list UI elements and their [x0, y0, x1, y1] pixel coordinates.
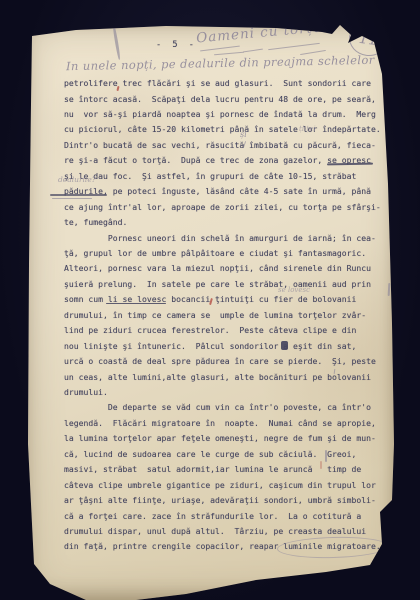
manuscript-paper-sheet: Oameni cu torțe 11 - 5 - In unele nopți,… — [26, 24, 400, 600]
typed-line: Dintr'o bucată de sac vechi, răsucită îm… — [64, 140, 376, 150]
handwritten-opening-sentence: In unele nopți, pe dealurile din preajma… — [66, 53, 375, 73]
typed-line: nou linişte şi întuneric. Pâlcul sondori… — [64, 341, 356, 351]
pencil-suggestion-dealurile: dealurile? — [58, 175, 96, 184]
pencil-oval-luminile-migratoare — [277, 535, 390, 559]
typed-line: De departe se văd cum vin ca într'o pove… — [64, 402, 371, 412]
strikethrough-padurile — [50, 194, 107, 195]
typed-line: drumului, în timp ce camera se umple de … — [64, 310, 366, 320]
typed-line: câteva clipe umbrele gigantice pe ziduri… — [64, 480, 376, 490]
pencil-stroke-before-greoi — [325, 450, 327, 462]
typed-line: ar ţâşni alte fiinţe, uriaşe, adevăraţii… — [64, 495, 376, 505]
overstrike-blot — [281, 341, 288, 350]
pencil-tick-under-circle — [385, 53, 393, 57]
typed-line: şuieră prelung. In satele pe care le str… — [64, 279, 371, 289]
underline-padurile — [52, 198, 92, 199]
typed-line: că a forţei care. zace în străfundurile … — [64, 511, 361, 521]
typed-line: urcă o coastă de deal spre pădurea în ca… — [64, 356, 376, 366]
typed-line: lind pe ziduri crucea ferestrelor. Peste… — [64, 325, 356, 335]
typed-line: drumului. — [64, 387, 108, 397]
typed-line: te, fumegând. — [64, 217, 127, 227]
page-number: - 5 - — [156, 40, 197, 50]
typed-line: la lumina torţelor apar feţele omeneşti,… — [64, 433, 376, 443]
typed-line: Alteori, pornesc vara la miezul nopţii, … — [64, 263, 371, 273]
title-underline — [243, 49, 263, 53]
typed-line: ce ajung într'al lor, aproape de zorii z… — [64, 202, 381, 212]
red-comma-mark — [116, 86, 119, 91]
typed-line: pădurile, pe poteci înguste, lăsând câte… — [64, 186, 371, 196]
faint-red-smudge — [320, 461, 322, 469]
typed-line: Pornesc uneori din schelă în amurguri de… — [64, 233, 376, 243]
title-underline — [268, 43, 320, 51]
typed-line: re şi-a făcut o torţă. După ce trec de z… — [64, 155, 371, 165]
typed-line: drumului dispar, unul după altul. Târziu… — [64, 526, 366, 536]
page-content-layer: Oameni cu torțe 11 - 5 - In unele nopți,… — [0, 0, 420, 600]
typed-line: un ceas, alte lumini,alte glasuri, alte … — [64, 372, 371, 382]
pencil-note-se-lovesc: se lovesc — [278, 286, 310, 294]
pencil-insertion-si: și — [240, 130, 247, 139]
sheet-number: 11 — [358, 28, 379, 48]
typed-line: legendă. Flăcări migratoare în noapte. N… — [64, 418, 376, 428]
typed-line: se întorc acasă. Scăpaţi dela lucru pent… — [64, 94, 376, 104]
photographed-manuscript-scene: Oameni cu torțe 11 - 5 - In unele nopți,… — [0, 0, 420, 600]
strikethrough-li-se-lovesc — [106, 303, 166, 305]
margin-pencil-stroke — [388, 283, 390, 296]
handwritten-title: Oameni cu torțe — [196, 20, 323, 47]
pencil-flourish-mark — [112, 24, 121, 60]
typed-line: că, lucind de sudoarea care le curge de … — [64, 449, 356, 459]
typed-line: masivi, străbat satul adormit,iar lumina… — [64, 464, 361, 474]
typed-line: ţă, grupul lor de umbre pâlpâitoare e ci… — [64, 248, 366, 258]
title-underline — [200, 46, 240, 52]
typed-line: nu vor să-şi piardă noaptea şi pornesc d… — [64, 109, 376, 119]
typed-line: cu piciorul, câte 15-20 kilometri până î… — [64, 124, 381, 134]
pencil-suggestion-titei: ți-ței — [299, 125, 316, 133]
typed-line: şi le dau foc. Şi astfel, în grupuri de … — [64, 171, 356, 181]
typed-line: petrolifere trec flăcări şi se aud glasu… — [64, 78, 371, 88]
